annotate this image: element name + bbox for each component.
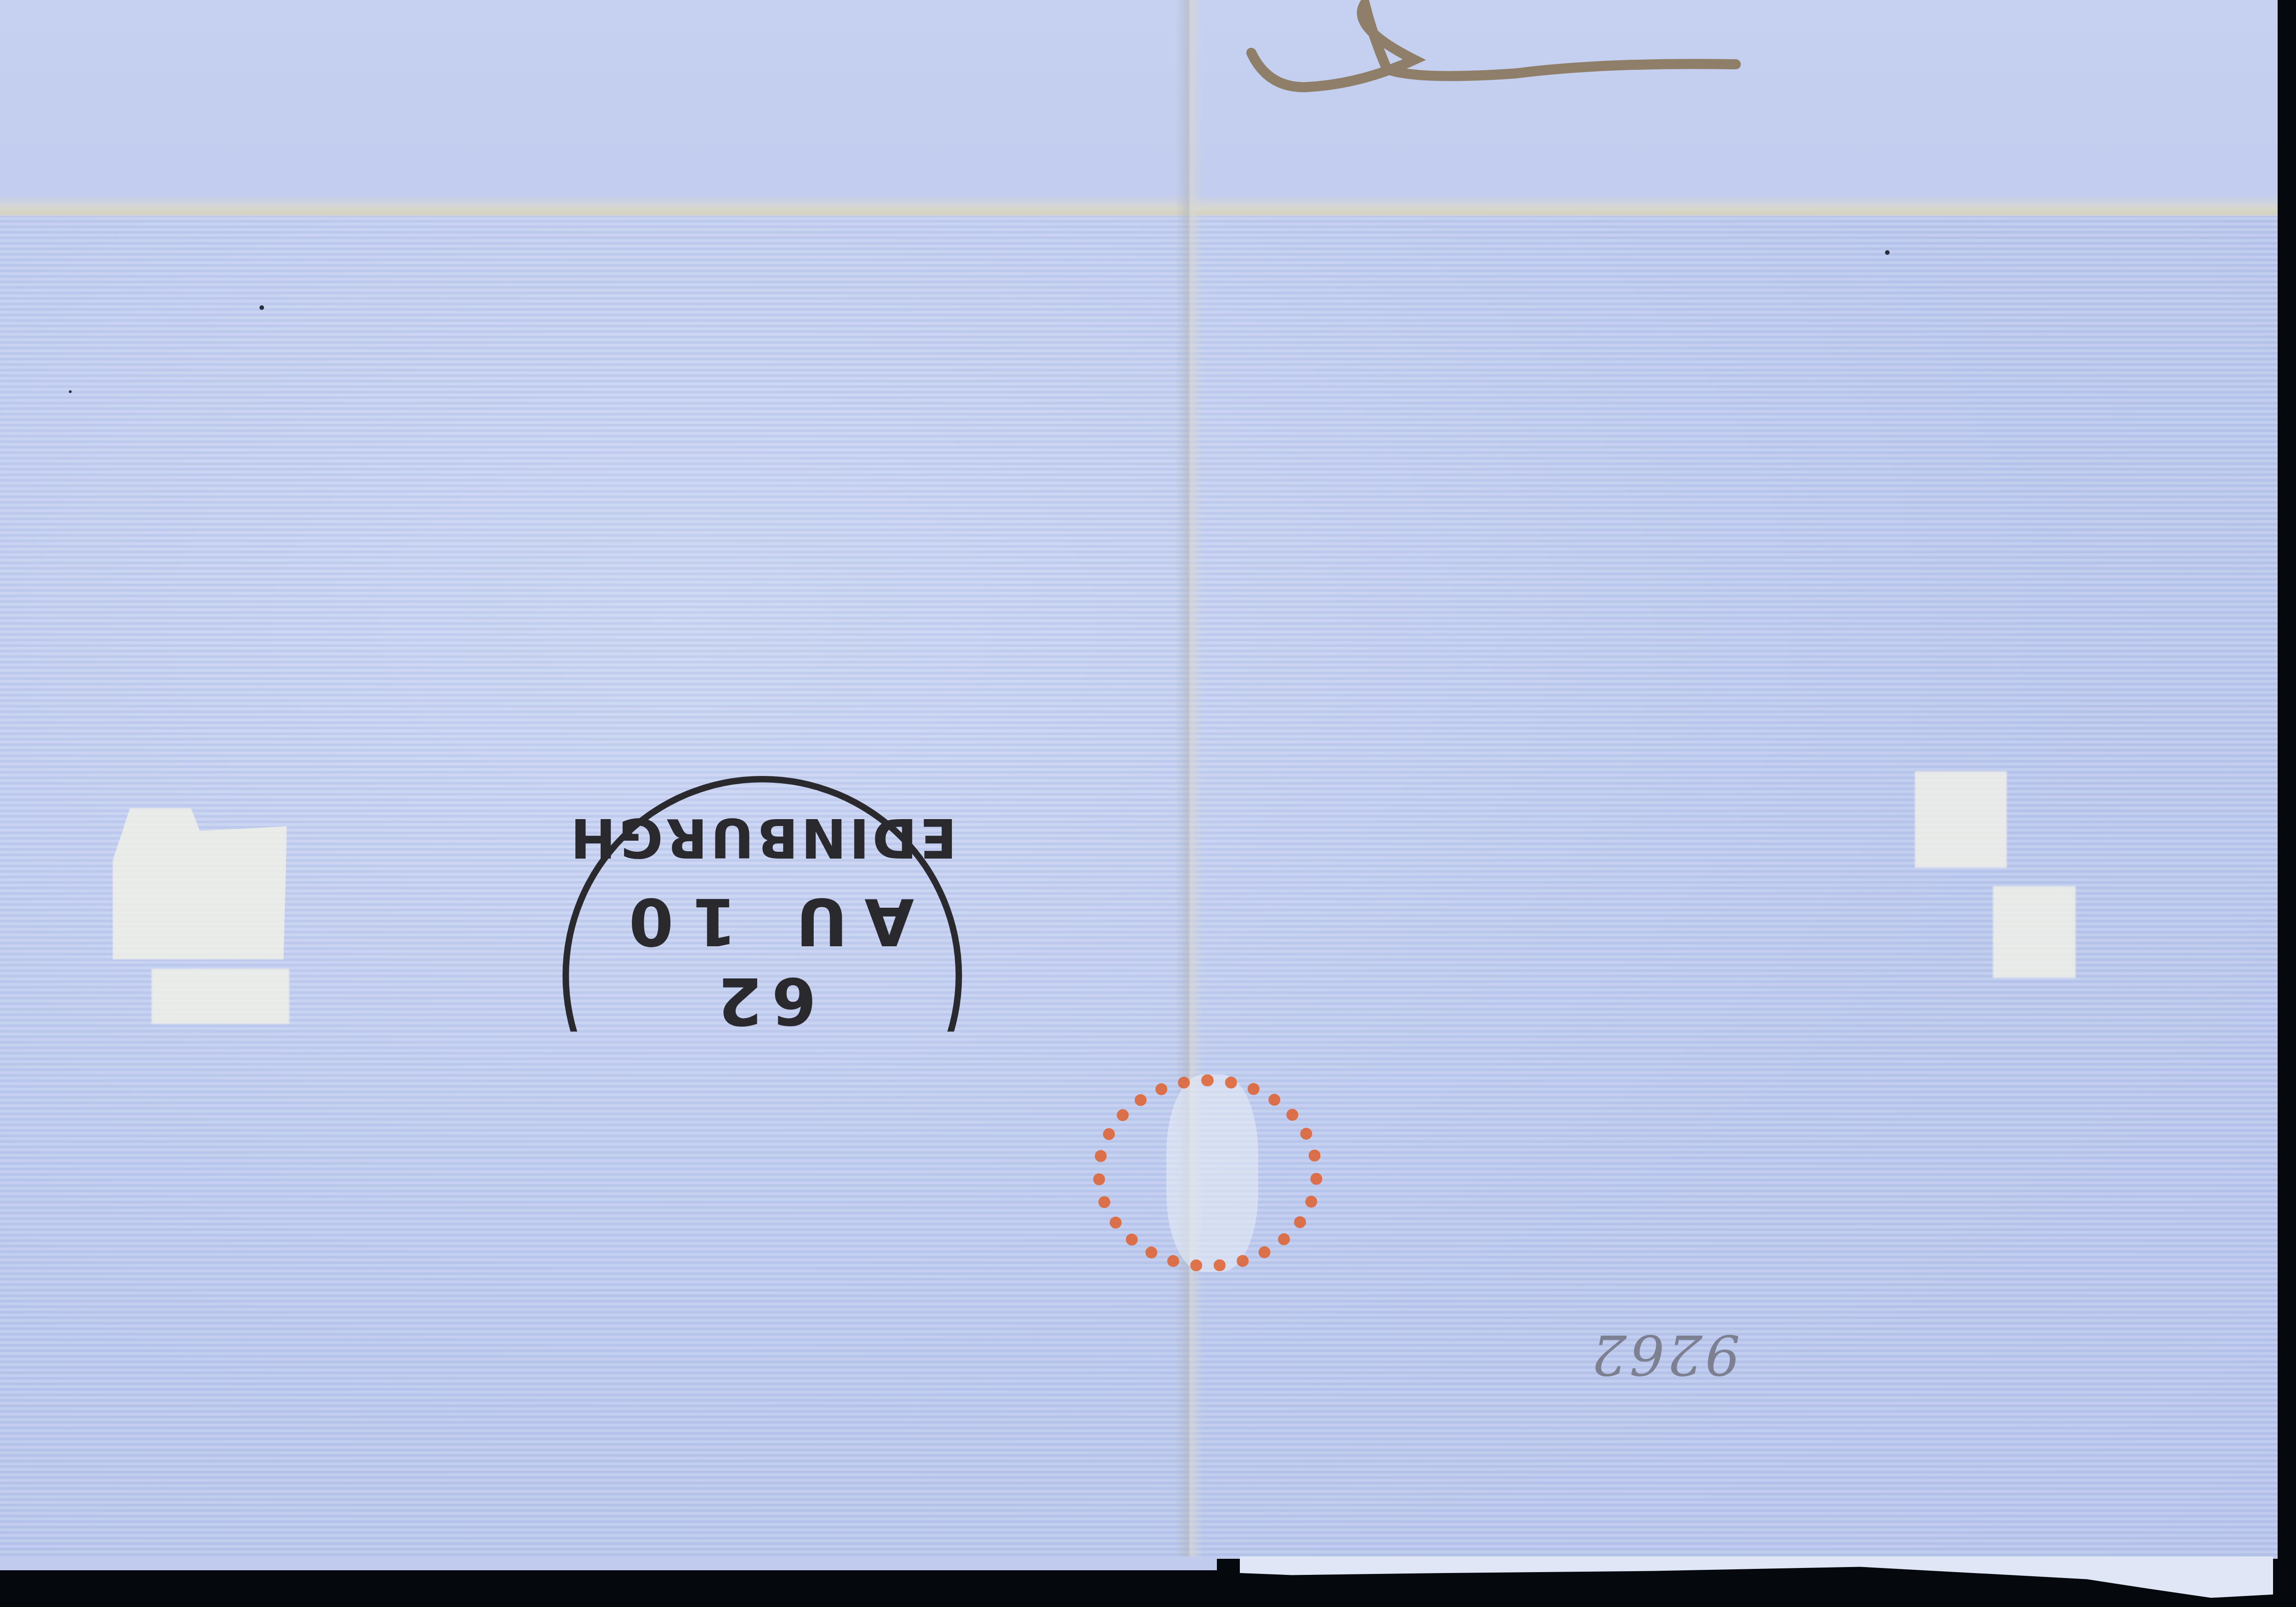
- postmark-date: AU 10: [610, 883, 914, 958]
- hinge-remnant-left-lower: [152, 969, 289, 1024]
- postmark: 62 AU 10 EDINBURGH: [563, 776, 962, 1033]
- manuscript-flourish: [1240, 0, 2278, 115]
- hinge-remnant-left: [113, 808, 287, 960]
- postmark-year: 62: [709, 963, 816, 1038]
- postmark-town: EDINBURGH: [568, 806, 957, 870]
- hinge-remnant-right-lower: [1993, 886, 2076, 978]
- ink-fleck: [259, 305, 264, 310]
- ink-fleck: [69, 390, 72, 393]
- vertical-fold: [1176, 0, 1203, 1570]
- scan-background-right: [2278, 0, 2296, 1607]
- bottom-edge-left: [0, 1556, 1217, 1570]
- pencil-notation: 9262: [1589, 1322, 1740, 1386]
- hinge-remnant-right-upper: [1915, 771, 2007, 868]
- red-circular-mark: [1093, 1074, 1322, 1272]
- ink-fleck: [1885, 250, 1890, 255]
- horizontal-fold: [0, 209, 2278, 217]
